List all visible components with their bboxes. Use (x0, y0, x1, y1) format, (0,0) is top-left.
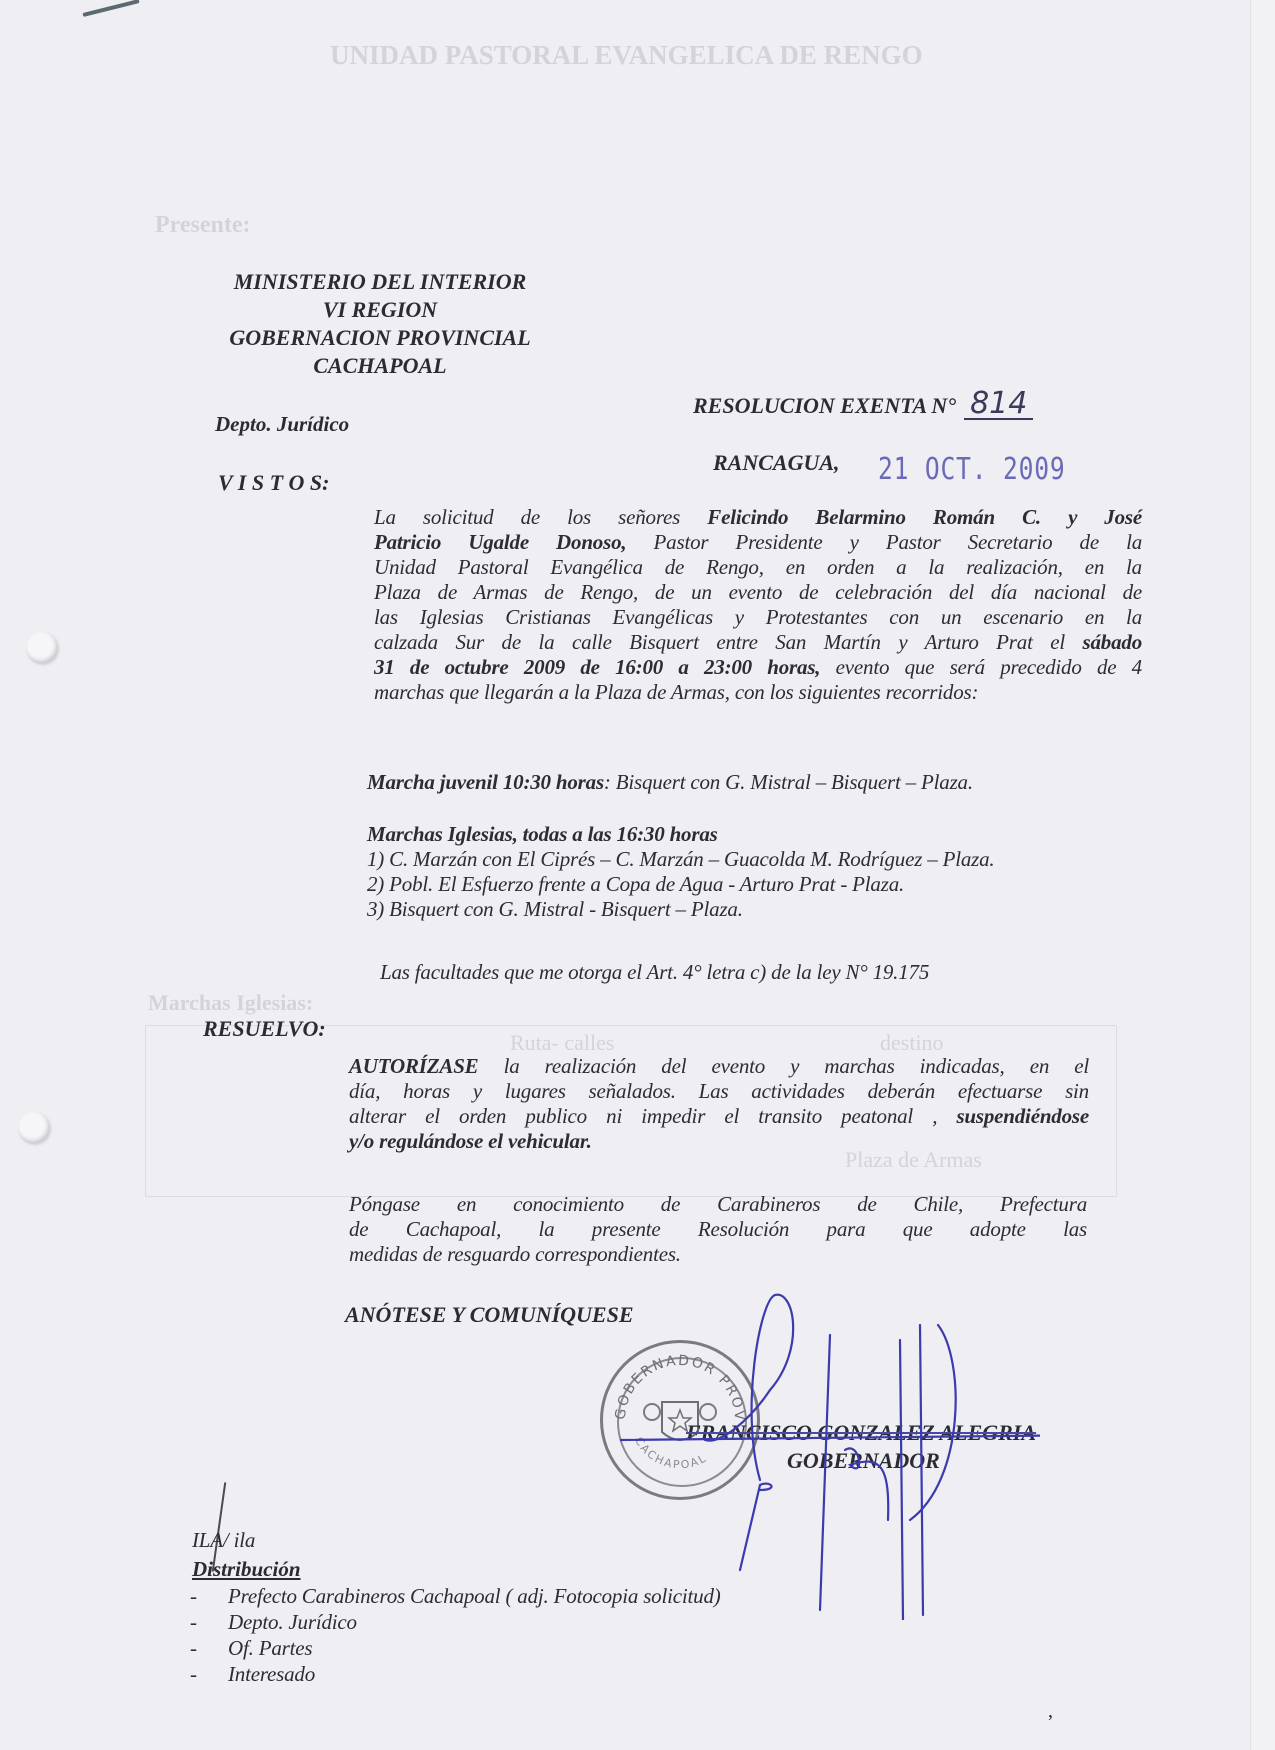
header-line-gobernacion: GOBERNACION PROVINCIAL (200, 324, 560, 352)
marcha-juvenil-route: : Bisquert con G. Mistral – Bisquert – P… (604, 770, 973, 794)
date-stamp: 21 OCT. 2009 (878, 452, 1066, 487)
route-2: 2) Pobl. El Esfuerzo frente a Copa de Ag… (367, 872, 904, 897)
facultades-line: Las facultades que me otorga el Art. 4° … (380, 960, 929, 985)
marchas-iglesias-title: Marchas Iglesias, todas a las 16:30 hora… (367, 822, 718, 847)
distribution-label: Distribución (192, 1557, 301, 1582)
closing-formula: ANÓTESE Y COMUNÍQUESE (345, 1302, 634, 1328)
distribution-item: -Depto. Jurídico (190, 1609, 721, 1635)
department-label: Depto. Jurídico (215, 412, 349, 437)
pongase-line-2: de Cachapoal, la presente Resolución par… (349, 1217, 1087, 1242)
city-label: RANCAGUA, (713, 450, 840, 476)
paragraph-line: las Iglesias Cristianas Evangélicas y Pr… (374, 605, 1142, 630)
paragraph-line: Unidad Pastoral Evangélica de Rengo, en … (374, 555, 1142, 580)
ghost-presente: Presente: (155, 212, 251, 239)
resolution-heading: RESOLUCION EXENTA N° 814 (693, 390, 1033, 420)
paragraph-line: calzada Sur de la calle Bisquert entre S… (374, 630, 1142, 655)
distribution-item: -Interesado (190, 1661, 721, 1687)
stray-mark: , (1048, 1700, 1053, 1723)
pongase-line-1: Póngase en conocimiento de Carabineros d… (349, 1192, 1087, 1217)
route-1: 1) C. Marzán con El Ciprés – C. Marzán –… (367, 847, 994, 872)
paragraph-line: 31 de octubre 2009 de 16:00 a 23:00 hora… (374, 655, 1142, 680)
distribution-list: -Prefecto Carabineros Cachapoal ( adj. F… (190, 1583, 721, 1687)
punch-hole-lower (18, 1112, 50, 1144)
resolution-number: 814 (964, 390, 1033, 420)
vistos-paragraph: La solicitud de los señores Felicindo Be… (374, 505, 1142, 705)
vistos-label: V I S T O S: (218, 470, 329, 496)
paragraph-line: día, horas y lugares señalados. Las acti… (349, 1079, 1089, 1104)
resuelvo-label: RESUELVO: (203, 1016, 326, 1042)
handwritten-signature-icon (620, 1290, 1040, 1620)
header-line-region: VI REGION (200, 296, 560, 324)
initials: ILA/ ila (192, 1528, 255, 1553)
header-line-province: CACHAPOAL (200, 352, 560, 380)
distribution-item: -Prefecto Carabineros Cachapoal ( adj. F… (190, 1583, 721, 1609)
punch-hole-upper (26, 632, 58, 664)
paragraph-line: y/o regulándose el vehicular. (349, 1129, 1089, 1154)
resolution-label: RESOLUCION EXENTA N° (693, 393, 956, 418)
ghost-org-title: UNIDAD PASTORAL EVANGELICA DE RENGO (330, 40, 923, 71)
paragraph-line: Plaza de Armas de Rengo, de un evento de… (374, 580, 1142, 605)
marcha-juvenil-bold: Marcha juvenil 10:30 horas (367, 770, 604, 794)
route-3: 3) Bisquert con G. Mistral - Bisquert – … (367, 897, 743, 922)
marcha-juvenil-line: Marcha juvenil 10:30 horas: Bisquert con… (367, 770, 973, 795)
pongase-line-3: medidas de resguardo correspondientes. (349, 1242, 1087, 1267)
ghost-marchas-iglesias: Marchas Iglesias: (148, 990, 313, 1016)
resuelvo-paragraph: AUTORÍZASE la realización del evento y m… (349, 1054, 1089, 1154)
pongase-paragraph: Póngase en conocimiento de Carabineros d… (349, 1192, 1087, 1267)
paragraph-line: marchas que llegarán a la Plaza de Armas… (374, 680, 1142, 705)
header-line-ministry: MINISTERIO DEL INTERIOR (200, 268, 560, 296)
distribution-item: -Of. Partes (190, 1635, 721, 1661)
paragraph-line: Patricio Ugalde Donoso, Pastor President… (374, 530, 1142, 555)
scanned-document-page: UNIDAD PASTORAL EVANGELICA DE RENGO Pres… (0, 0, 1250, 1750)
page-edge (1250, 0, 1275, 1750)
issuer-header: MINISTERIO DEL INTERIOR VI REGION GOBERN… (200, 268, 560, 380)
staple-mark (82, 0, 139, 17)
paragraph-line: AUTORÍZASE la realización del evento y m… (349, 1054, 1089, 1079)
paragraph-line: La solicitud de los señores Felicindo Be… (374, 505, 1142, 530)
paragraph-line: alterar el orden publico ni impedir el t… (349, 1104, 1089, 1129)
